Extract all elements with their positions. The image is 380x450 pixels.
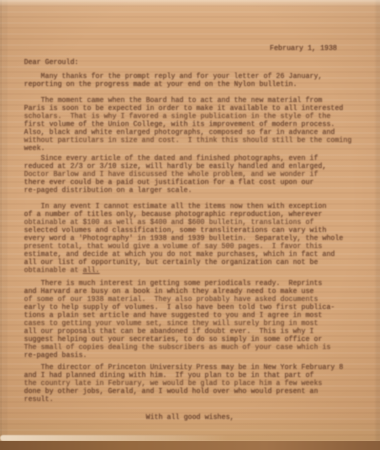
letter-salutation: Dear Gerould:: [24, 59, 79, 67]
letter-line: all our proposals that can be abandoned …: [24, 328, 335, 336]
letter-page: February 1, 1938 Dear Gerould: Many than…: [0, 0, 380, 450]
letter-line: without particulars in size and cost. I …: [24, 137, 352, 145]
letter-line: early to help supply of volumes. I also …: [24, 304, 335, 312]
letter-line: estimate, and decide at which you do not…: [24, 251, 343, 259]
letter-line: The moment came when the Board had to ac…: [24, 97, 352, 105]
letter-line: Also, black and white enlarged photograp…: [24, 129, 352, 137]
letter-line: and I had planned dining with him. If yo…: [24, 372, 343, 380]
letter-line: The small of copies dealing the subscrib…: [24, 344, 335, 352]
letter-line: obtainable at all.: [24, 267, 343, 275]
paragraph-1: Many thanks for the prompt reply and for…: [24, 73, 322, 89]
letter-line: tions a plain set article and have sugge…: [24, 312, 335, 320]
letter-date: February 1, 1938: [0, 45, 337, 53]
letter-line: there ever could be a paid out justifica…: [24, 179, 326, 187]
paragraph-4: In any event I cannot estimate all the i…: [24, 203, 343, 275]
letter-line: In any event I cannot estimate all the i…: [24, 203, 343, 211]
letter-line: scholars. That is why I favored a single…: [24, 113, 352, 121]
letter-line: re-paged basis.: [24, 352, 335, 360]
letter-line: Since every article of the dated and fin…: [24, 155, 326, 163]
letter-line: first volume of the Union College, with …: [24, 121, 352, 129]
letter-line: the country late in February, we would b…: [24, 380, 343, 388]
paragraph-6: The director of Princeton University Pre…: [24, 364, 343, 404]
paragraph-5: There is much interest in getting some p…: [24, 280, 335, 360]
letter-line: every word a 'Photography' in 1938 and 1…: [24, 235, 343, 243]
letter-line: week.: [24, 145, 352, 153]
letter-line: re-paged distribution on a larger scale.: [24, 187, 326, 195]
letter-line: present total, that would give a volume …: [24, 243, 343, 251]
paper-top-edge: [0, 0, 380, 7]
letter-line: result.: [24, 396, 343, 404]
letter-line: The director of Princeton University Pre…: [24, 364, 343, 372]
letter-line: suggest helping out your secretaries, to…: [24, 336, 335, 344]
letter-line: Paris is soon to be expected in order to…: [24, 105, 352, 113]
paragraph-3: Since every article of the dated and fin…: [24, 155, 326, 195]
letter-line: of a number of titles only, because phot…: [24, 211, 343, 219]
paragraph-2: The moment came when the Board had to ac…: [24, 97, 352, 153]
letter-line: all our list of opportunity, but certain…: [24, 259, 343, 267]
letter-line: Many thanks for the prompt reply and for…: [24, 73, 322, 81]
letter-line: obtainable at $100 as well as $400 and $…: [24, 219, 343, 227]
letter-line: reporting on the progress made at your e…: [24, 81, 322, 89]
letter-closing: With all good wishes,: [24, 414, 356, 422]
letter-line: of some of our 1938 material. They also …: [24, 296, 335, 304]
paper-bottom-edge: [0, 441, 380, 450]
letter-line: and Harvard are busy on a book in which …: [24, 288, 335, 296]
letter-line: There is much interest in getting some p…: [24, 280, 335, 288]
letter-line: done by other jobs, Gerald, and I would …: [24, 388, 343, 396]
letter-line: reduced at 2/3 or 3/10 size, will hardly…: [24, 163, 326, 171]
letter-line: selected volumes and classification, som…: [24, 227, 343, 235]
letter-line: Doctor Barlow and I have discussed the w…: [24, 171, 326, 179]
letter-line: cases to getting your volume set, since …: [24, 320, 335, 328]
